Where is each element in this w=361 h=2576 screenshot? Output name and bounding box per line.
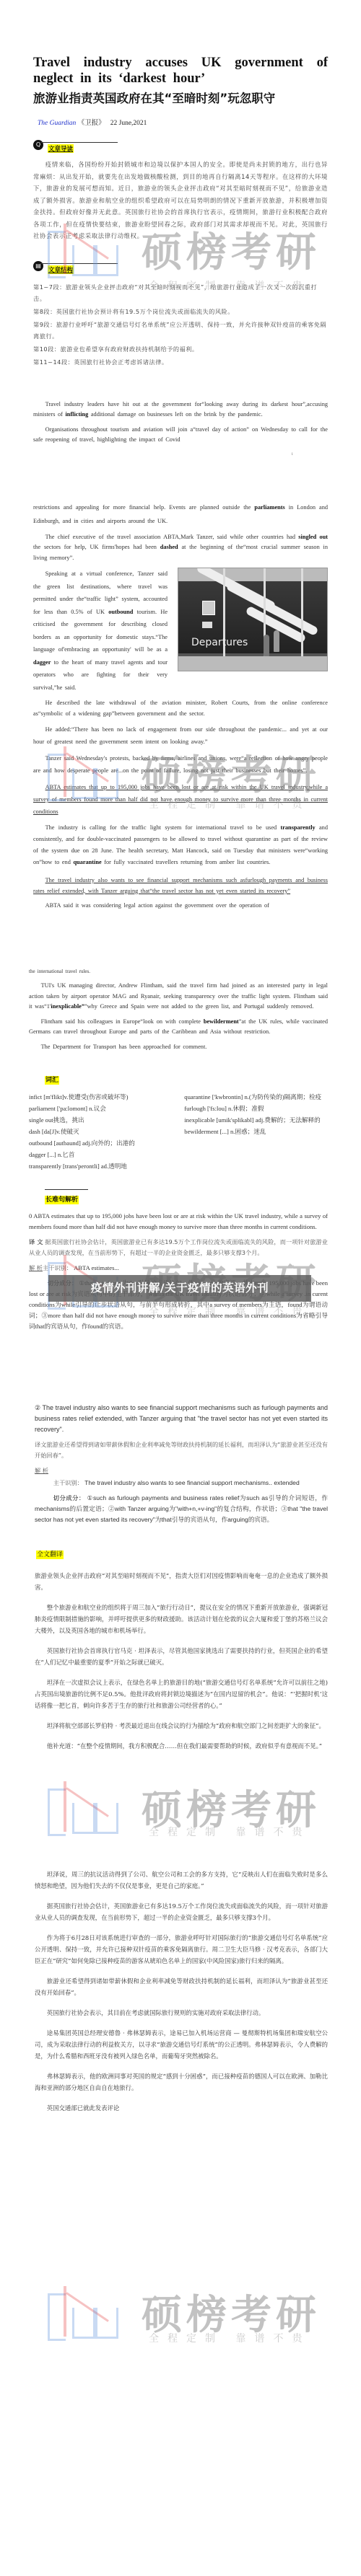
watermark-logo-icon: [48, 2286, 127, 2337]
article-title-en: Travel industry accuses UK government of…: [33, 0, 328, 87]
translation-paragraph: 他补充道：“在整个疫情期间，我方积极配合……但在我们最需要帮助的时候，政府似乎有…: [35, 1740, 328, 1752]
sentence-main-clause: 解 析主干识别： ABTA estimates...: [29, 1263, 328, 1274]
departures-sign: Departures: [191, 637, 248, 648]
byline: The Guardian 《卫报》 22 June,2021: [33, 117, 328, 127]
article-title-zh: 旅游业指责英国政府在其“至暗时刻”玩忽职守: [33, 91, 328, 107]
vocab-item: parliament ['pa:lomont] n.议会: [29, 1103, 173, 1114]
sentence-translation: 译 文 据英国旅行社协会估计，英国旅游业已有多达19.5万个工作岗位流失或面临流…: [29, 1237, 328, 1258]
structure-item: 第11~14段：英国旅行社协会正考虑诉诸法律。: [33, 356, 328, 368]
vocab-item: dagger [...] n.匕首: [29, 1149, 173, 1160]
divider: [40, 142, 118, 143]
body-paragraph: TUI's UK managing director, Andrew Flint…: [29, 981, 328, 1013]
translation-paragraph: 坦泽在一次虚拟会议上表示，在绿色名单上的旅游目的地(“旅游交通信号灯名单系统”允…: [35, 1677, 328, 1711]
parse-label: 解 析: [35, 1465, 328, 1476]
body-paragraph: He added:“There has been no lack of enga…: [33, 723, 328, 748]
full-translation: 旅游业领头企业抨击政府“对其至暗时刻视而不见”，指责大臣们对因疫情影响而奄奄一息…: [35, 1570, 328, 2114]
divider: [40, 263, 118, 264]
intro-paragraph: 疫情来临，各国纷纷开始封锁城市和边境以保护本国人的安全。即使是尚未封锁的地方，出…: [33, 159, 328, 242]
body-paragraph: ABTA said it was considering legal actio…: [33, 901, 328, 912]
translation-paragraph: 旅游业还希望得到诸如带薪休假和企业利率减免等财政扶持机制的延长福利，而坦泽认为“…: [35, 1975, 328, 1998]
section-header-analysis: 长难句解析: [45, 1192, 328, 1205]
translation-paragraph: 据英国旅行社协会估计，英国旅游业已有多达19.5万个工作岗位流失或面临流失的风险…: [35, 1900, 328, 1923]
translation-paragraph: 坦泽将航空部部长罗伯特 · 考茨最近退出在线会议的行为描绘为“政府和航空部门之间…: [35, 1720, 328, 1732]
sentence-translation: 译文旅游业还希望得到诸如带薪休假和企业利率减免等财政扶持机制的延长福利，而坦泽认…: [35, 1439, 328, 1461]
section-header-intro: Q 文章导读: [33, 140, 328, 157]
body-paragraph: He described the late withdrawal of the …: [33, 698, 328, 719]
vocab-item: infict [m'flikt]v.使遭受(伤害或破坏等): [29, 1091, 173, 1103]
departures-photo: Departures: [178, 568, 328, 671]
sentence-breakdown: 切分成分： ①such as furlough payments and bus…: [35, 1493, 328, 1525]
structure-item: 第9段：旅游行业呼吁“旅游交通信号灯名单系统”应公开透明、保持一致，并允许接种双…: [33, 319, 328, 342]
structure-list: 第1~7段：旅游业领头企业抨击政府“对其至暗时刻视而不见”，给旅游行业造成了一次…: [33, 281, 328, 368]
title-overlay-banner: 疫情外刊讲解/关于疫情的英语外刊: [48, 1275, 311, 1302]
structure-item: 第8段：英国旅行社协会预计将有19.5万个岗位流失或面临流失的风险。: [33, 306, 328, 317]
body-paragraph: The industry is calling for the traffic …: [33, 822, 328, 868]
vocab-column-left: infict [m'flikt]v.使遭受(伤害或破坏等) parliament…: [29, 1091, 173, 1172]
vocab-item: dash [da[J]v.使破灭: [29, 1126, 173, 1137]
vocab-item: transparently [trans'perontli] ad.透明地: [29, 1160, 173, 1172]
translation-paragraph: 途易集团英国总经理安德鲁 · 弗林瑟姆表示，途易已加入机场运营商 — 曼彻斯特机…: [35, 2027, 328, 2062]
body-paragraph: Flintham said his colleagues in Europe“l…: [29, 1017, 328, 1038]
sentence-main-clause: 主干识别： The travel industry also wants to …: [35, 1478, 328, 1488]
vocab-column-right: quarantine ['kwbrontin] n.(为防传染的)隔离期；检疫 …: [184, 1091, 328, 1172]
body-paragraph: restrictions and appealing for more fina…: [33, 500, 328, 528]
source-link[interactable]: The Guardian: [38, 120, 76, 127]
section-label: 全文翻译: [36, 1551, 64, 1559]
vocab-item: quarantine ['kwbrontin] n.(为防传染的)隔离期；检疫: [184, 1091, 328, 1103]
translation-paragraph: 作为将于6月28日对该系统进行审查的一部分，旅游业呼吁针对国际旅行的“旅游交通信…: [35, 1932, 328, 1967]
vocab-item: inexplicable [umik'splikabl] adj.费解的；无法解…: [184, 1114, 328, 1126]
structure-item: 第10段：旅游业也希望享有政府财政扶持机制给予的福利。: [33, 343, 328, 355]
section-label: 文章导读: [48, 144, 74, 153]
translation-paragraph: 英国旅行社协会首席执行官马克 · 坦泽表示，尽管其他国家挑选出了需要扶持的行业，…: [35, 1645, 328, 1668]
vocab-item: furlough ['fs:lou] n.休假；准假: [184, 1103, 328, 1114]
section-header-structure: ▤ 文章结构: [33, 261, 328, 278]
paragraph-with-photo: Departures Speaking at a virtual confere…: [33, 568, 328, 694]
body-paragraph: Travel industry leaders have hit out at …: [33, 400, 328, 420]
vocab-item: outbound [autbaund] adj.向外的；出港的: [29, 1137, 173, 1149]
sentence-en: ② The travel industry also wants to see …: [35, 1403, 328, 1435]
sentence-en: 0 ABTA estimates that up to 195,000 jobs…: [29, 1211, 328, 1232]
page-break: 1: [33, 450, 328, 500]
translation-paragraph: 英国交通部已就此发表评论: [35, 2102, 328, 2114]
section-label: 词汇: [45, 1076, 59, 1085]
translation-paragraph: 英国旅行社协会表示，其目前在考虑就国际旅行规则的实施对政府采取法律行动。: [35, 2007, 328, 2019]
body-paragraph-underlined: The travel industry also wants to see fi…: [33, 875, 328, 896]
vocab-list: infict [m'flikt]v.使遭受(伤害或破坏等) parliament…: [29, 1091, 328, 1172]
vocab-item: bewilderment [...] n.困惑；迷乱: [184, 1126, 328, 1137]
sentence-analysis: 0 ABTA estimates that up to 195,000 jobs…: [29, 1211, 328, 1525]
translation-paragraph: 坦泽说，周三的抗议活动得到了公司、航空公司和工会的多方支持，它“反映出人们在面临…: [35, 1869, 328, 1892]
translation-paragraph: 整个旅游业和航空业的组织将于周三加入“旅行行动日”，提议在安全的情况下重新开放旅…: [35, 1602, 328, 1636]
body-paragraph: Tanzer said Wednesday's protests, backed…: [33, 752, 328, 777]
body-paragraph-underlined: ABTA estimates that up to 195,000 jobs h…: [33, 781, 328, 818]
divider: [45, 1189, 88, 1190]
body-paragraph: The Department for Transport has been ap…: [29, 1042, 328, 1053]
structure-item: 第1~7段：旅游业领头企业抨击政府“对其至暗时刻视而不见”，给旅游行业造成了一次…: [33, 281, 328, 304]
translation-paragraph: 弗林瑟姆表示，他的欧洲同事对英国的规定“感到十分困惑”，而已接种疫苗的德国人可以…: [35, 2070, 328, 2094]
page-break: [33, 916, 328, 966]
section-label: 文章结构: [48, 265, 74, 274]
section-header-translation: 全文翻译: [36, 1547, 328, 1560]
section-header-vocab: 词汇: [45, 1072, 328, 1085]
vocab-item: single out挑选，挑出: [29, 1114, 173, 1126]
section-label: 长难句解析: [45, 1196, 79, 1204]
page-number: 1: [292, 453, 294, 456]
watermark: 硕榜考研 全程定制 靠谱不贵: [48, 2286, 322, 2373]
publish-date: 22 June,2021: [110, 120, 147, 127]
body-paragraph: The chief executive of the travel associ…: [33, 532, 328, 564]
body-paragraph: the international travel rules.: [29, 966, 328, 977]
mask-sign-icon: [202, 601, 215, 615]
body-paragraph: Organisations throughout tourism and avi…: [33, 425, 328, 446]
translation-paragraph: 旅游业领头企业抨击政府“对其至暗时刻视而不见”，指责大臣们对因疫情影响而奄奄一息…: [35, 1570, 328, 1593]
source-zh: 《卫报》: [78, 120, 105, 127]
document-page: Travel industry accuses UK government of…: [0, 0, 361, 2231]
